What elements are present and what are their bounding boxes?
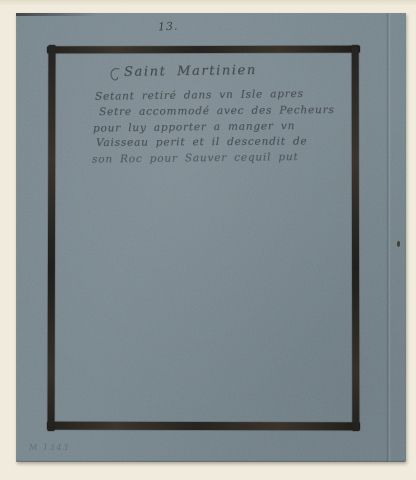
scan-background: 13. Saint Martinien Setant retiré dans v… <box>0 0 416 480</box>
frame-right-bar <box>352 45 360 431</box>
frame-bottom-bar <box>47 422 360 431</box>
paper-speck <box>397 241 400 247</box>
inventory-inscription: M 1343 <box>29 443 70 452</box>
caption-title: Saint Martinien <box>124 63 257 80</box>
flourish-icon <box>108 67 121 83</box>
caption-line: son Roc pour Sauver cequil put <box>92 150 344 169</box>
page-number: 13. <box>158 19 179 33</box>
frame-top-bar <box>47 46 360 54</box>
frame-left-bar <box>47 45 55 431</box>
paper-edge-shadow <box>16 13 106 16</box>
paper-fold-line <box>386 13 391 462</box>
caption-title-block: Saint Martinien <box>108 63 257 83</box>
paper-sheet: 13. Saint Martinien Setant retiré dans v… <box>16 13 406 462</box>
caption-text: Setant retiré dans vn Isle apres Setre a… <box>92 88 344 167</box>
